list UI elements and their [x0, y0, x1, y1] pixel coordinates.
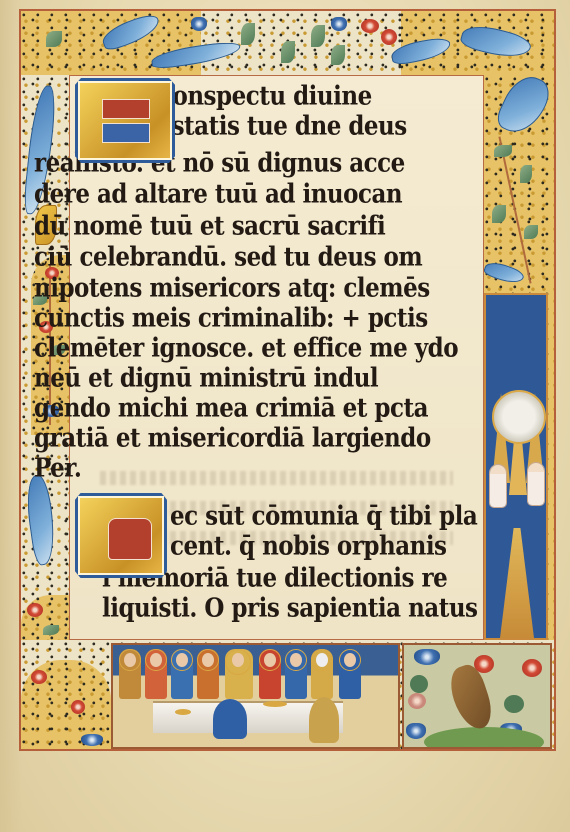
illuminated-initial-a: A — [75, 78, 175, 163]
top-border-panel — [21, 11, 554, 75]
blue-flower-icon — [191, 17, 207, 31]
text-line: gratiā et misericordiā largiendo — [34, 422, 554, 456]
judas-figure — [309, 697, 339, 743]
text-line: maiestatis tue dne deus — [111, 110, 554, 144]
text-line: neū et dignū ministrū indul — [34, 362, 554, 396]
text-line: gendo michi mea crimiā et pcta — [34, 392, 554, 426]
text-line: dū nomē tuū et sacrū sacrifi — [34, 210, 554, 244]
red-flower-icon — [522, 659, 542, 677]
text-line: ciū celebrandū. sed tu deus om — [34, 241, 554, 275]
face — [232, 653, 244, 667]
apostle-figure — [311, 649, 333, 699]
bird-icon — [445, 661, 497, 733]
text-line: Per. — [34, 452, 554, 486]
face — [176, 653, 188, 667]
foliage-icon — [410, 675, 428, 693]
red-flower-icon — [27, 603, 43, 617]
apostle-figure — [197, 649, 219, 699]
text-line: nte conspectu diuine — [111, 80, 554, 114]
grass-mound — [424, 727, 544, 749]
apostle-figure — [145, 649, 167, 699]
face — [316, 653, 328, 667]
text-line: cunctis meis criminalib: + pctis — [34, 302, 554, 336]
apostle-figure — [259, 649, 281, 699]
acanthus-leaf-icon — [459, 20, 533, 63]
face — [290, 653, 302, 667]
acanthus-leaf-icon — [23, 474, 59, 566]
leaf-icon — [331, 45, 345, 65]
text-line: nipotens misericors atq: clemēs — [34, 272, 554, 306]
red-flower-icon — [381, 29, 397, 45]
text-line: ec sūt cōmunia q̄ tibi pla — [170, 500, 554, 534]
text-line: clemēter ignosce. et effice me ydo — [34, 332, 554, 366]
text-line: i memoriā tue dilectionis re — [102, 562, 554, 596]
blue-flower-icon — [406, 723, 426, 739]
last-supper-miniature — [111, 643, 400, 749]
leaf-icon — [281, 41, 295, 63]
illuminated-initial-h: H — [75, 493, 167, 578]
bottom-left-gold-ground — [21, 660, 111, 749]
apostle-figure — [339, 649, 361, 699]
pink-flower-icon — [408, 693, 426, 709]
red-flower-icon — [71, 700, 85, 714]
manuscript-page: nte conspectu diuine maiestatis tue dne … — [0, 0, 570, 832]
thistle-icon — [46, 31, 62, 47]
leaf-icon — [241, 23, 255, 45]
text-line: liquisti. O pris sapientia natus — [102, 592, 554, 626]
bread-plate-icon — [263, 701, 287, 707]
text-line: cent. q̄ nobis orphanis — [170, 530, 554, 564]
face — [344, 653, 356, 667]
apostle-figure — [285, 649, 307, 699]
blue-flower-icon — [331, 17, 347, 31]
apostle-figure — [171, 649, 193, 699]
foliage-icon — [504, 695, 524, 713]
christ-figure — [225, 649, 253, 699]
apostle-figure — [119, 649, 141, 699]
text-line: dere ad altare tuū ad inuocan — [34, 178, 554, 212]
leaf-icon — [311, 25, 325, 47]
acanthus-leaf-icon — [99, 11, 163, 52]
face — [264, 653, 276, 667]
blue-flower-icon — [414, 649, 440, 665]
bird-miniature — [402, 643, 552, 749]
blue-flower-icon — [81, 734, 103, 746]
face — [150, 653, 162, 667]
foreground-apostle-figure — [213, 699, 247, 739]
face — [202, 653, 214, 667]
bowl-icon — [175, 709, 191, 715]
red-flower-icon — [31, 670, 47, 684]
leaf-icon — [43, 625, 59, 635]
face — [124, 653, 136, 667]
red-flower-icon — [361, 19, 379, 33]
